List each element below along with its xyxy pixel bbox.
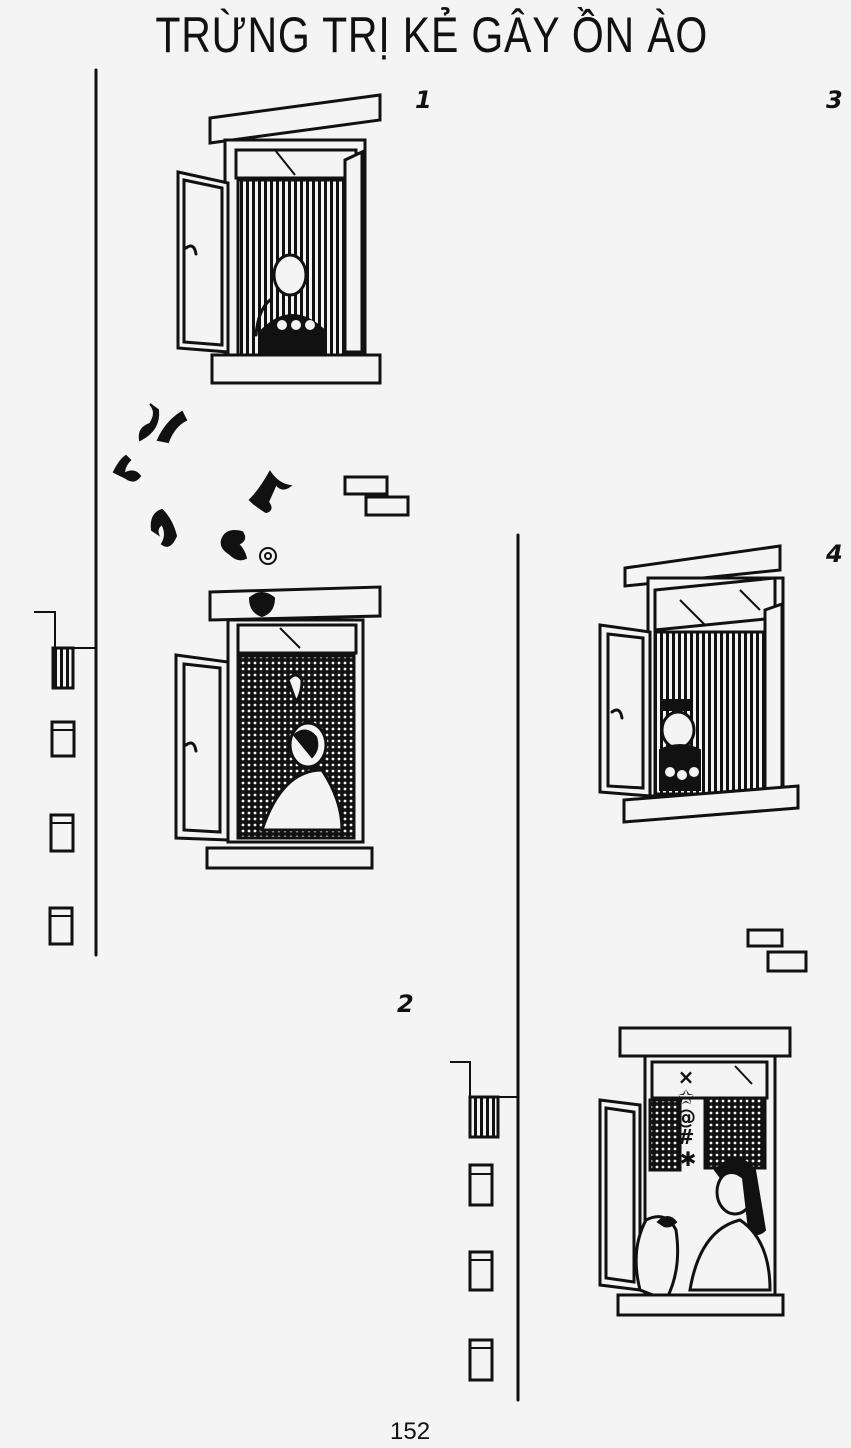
man-window-right: [600, 546, 798, 822]
panel-number-2: 2: [397, 990, 414, 1018]
squawk-glyph: #: [674, 1126, 698, 1148]
music-notes: [114, 404, 290, 564]
comic-artwork: [0, 0, 851, 1448]
panel-number-1: 1: [415, 86, 432, 114]
singer-window-top: [178, 95, 380, 383]
panel-number-4: 4: [826, 540, 843, 568]
singer-window-middle: [176, 587, 380, 868]
panel-number-3: 3: [826, 86, 843, 114]
page-number: 152: [390, 1418, 430, 1446]
squawk-glyph: ✱: [676, 1148, 700, 1170]
